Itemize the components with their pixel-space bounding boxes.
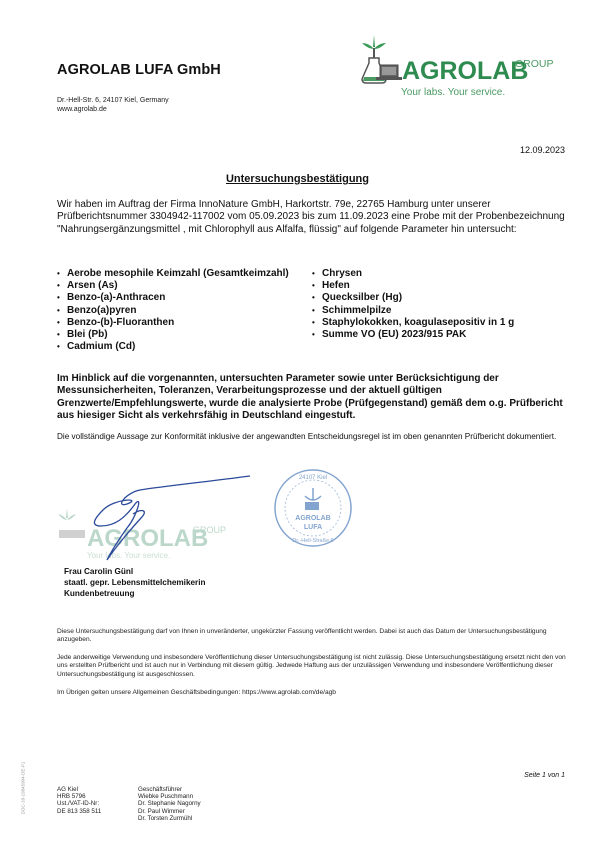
plant-flask-laptop-icon xyxy=(360,33,402,85)
list-item: Blei (Pb) xyxy=(57,329,289,341)
notice-liability: Jede anderweitige Verwendung und insbeso… xyxy=(57,654,577,679)
conformity-paragraph: Die vollständige Aussage zur Konformität… xyxy=(57,432,582,442)
watermark-group: GROUP xyxy=(193,525,226,535)
list-item: Arsen (As) xyxy=(57,280,289,292)
footer-line: Ust./VAT-ID-Nr: xyxy=(57,800,101,807)
company-address: Dr.-Hell-Str. 6, 24107 Kiel, Germany www… xyxy=(57,97,169,114)
list-item: Benzo-(a)-Anthracen xyxy=(57,292,289,304)
watermark-wordmark: AGROLAB xyxy=(87,525,208,552)
website-link[interactable]: www.agrolab.de xyxy=(57,106,169,115)
footer-management: Geschäftsführer Wiebke Puschmann Dr. Ste… xyxy=(138,786,201,822)
logo-wordmark: AGROLAB xyxy=(402,57,528,86)
watermark-tagline: Your labs. Your service. xyxy=(87,551,170,560)
list-item: Benzo-(b)-Fluoranthen xyxy=(57,317,289,329)
footer-line: Dr. Torsten Zurmühl xyxy=(138,815,201,822)
stamp-center-1: AGROLAB xyxy=(295,515,330,522)
document-date: 12.09.2023 xyxy=(520,145,565,155)
footer-line: AG Kiel xyxy=(57,786,101,793)
list-item: Cadmium (Cd) xyxy=(57,341,289,353)
footer-line: HRB 5796 xyxy=(57,793,101,800)
stamp-bottom-text: Dr.-Hell-Straße 6 xyxy=(292,538,333,544)
parameter-list-right: Chrysen Hefen Quecksilber (Hg) Schimmelp… xyxy=(312,268,514,341)
company-name: AGROLAB LUFA GmbH xyxy=(57,62,221,78)
list-item: Quecksilber (Hg) xyxy=(312,292,514,304)
footer-line: Wiebke Puschmann xyxy=(138,793,201,800)
footer-line: Dr. Paul Wimmer xyxy=(138,808,201,815)
signatory-role: staatl. gepr. Lebensmittelchemikerin xyxy=(64,577,206,588)
signatory-block: Frau Carolin Günl staatl. gepr. Lebensmi… xyxy=(64,566,206,599)
list-item: Schimmelpilze xyxy=(312,305,514,317)
signature-area: AGROLAB GROUP Your labs. Your service. 2… xyxy=(55,468,375,568)
footer-line: DE 813 358 511 xyxy=(57,808,101,815)
watermark-logo: AGROLAB GROUP Your labs. Your service. xyxy=(58,508,226,560)
address-line: Dr.-Hell-Str. 6, 24107 Kiel, Germany xyxy=(57,97,169,106)
notice-publication: Diese Untersuchungsbestätigung darf von … xyxy=(57,628,577,645)
list-item: Chrysen xyxy=(312,268,514,280)
agrolab-logo: AGROLAB GROUP Your labs. Your service. xyxy=(360,33,570,103)
notice-terms: Im Übrigen gelten unsere Allgemeinen Ges… xyxy=(57,689,577,697)
list-item: Benzo(a)pyren xyxy=(57,305,289,317)
list-item: Aerobe mesophile Keimzahl (Gesamtkeimzah… xyxy=(57,268,289,280)
page-number: Seite 1 von 1 xyxy=(524,772,565,779)
list-item: Staphylokokken, koagulasepositiv in 1 g xyxy=(312,317,514,329)
parameter-list-left: Aerobe mesophile Keimzahl (Gesamtkeimzah… xyxy=(57,268,289,353)
footer-line: Geschäftsführer xyxy=(138,786,201,793)
list-item: Summe VO (EU) 2023/915 PAK xyxy=(312,329,514,341)
company-stamp: 24107 Kiel AGROLAB LUFA Dr.-Hell-Straße … xyxy=(275,470,351,546)
signatory-department: Kundenbetreuung xyxy=(64,588,206,599)
document-title: Untersuchungsbestätigung xyxy=(0,173,595,185)
stamp-top-text: 24107 Kiel xyxy=(299,475,327,481)
conclusion-paragraph: Im Hinblick auf die vorgenannten, unters… xyxy=(57,373,582,422)
stamp-center-2: LUFA xyxy=(304,524,322,531)
signatory-name: Frau Carolin Günl xyxy=(64,566,206,577)
footer-registration: AG Kiel HRB 5796 Ust./VAT-ID-Nr: DE 813 … xyxy=(57,786,101,815)
footer-line: Dr. Stephanie Nagorny xyxy=(138,800,201,807)
list-item: Hefen xyxy=(312,280,514,292)
logo-group-label: GROUP xyxy=(515,58,554,70)
intro-paragraph: Wir haben im Auftrag der Firma InnoNatur… xyxy=(57,199,577,236)
logo-tagline: Your labs. Your service. xyxy=(401,87,505,98)
document-id: DOC-10-19845904-DE-P1 xyxy=(18,752,28,824)
